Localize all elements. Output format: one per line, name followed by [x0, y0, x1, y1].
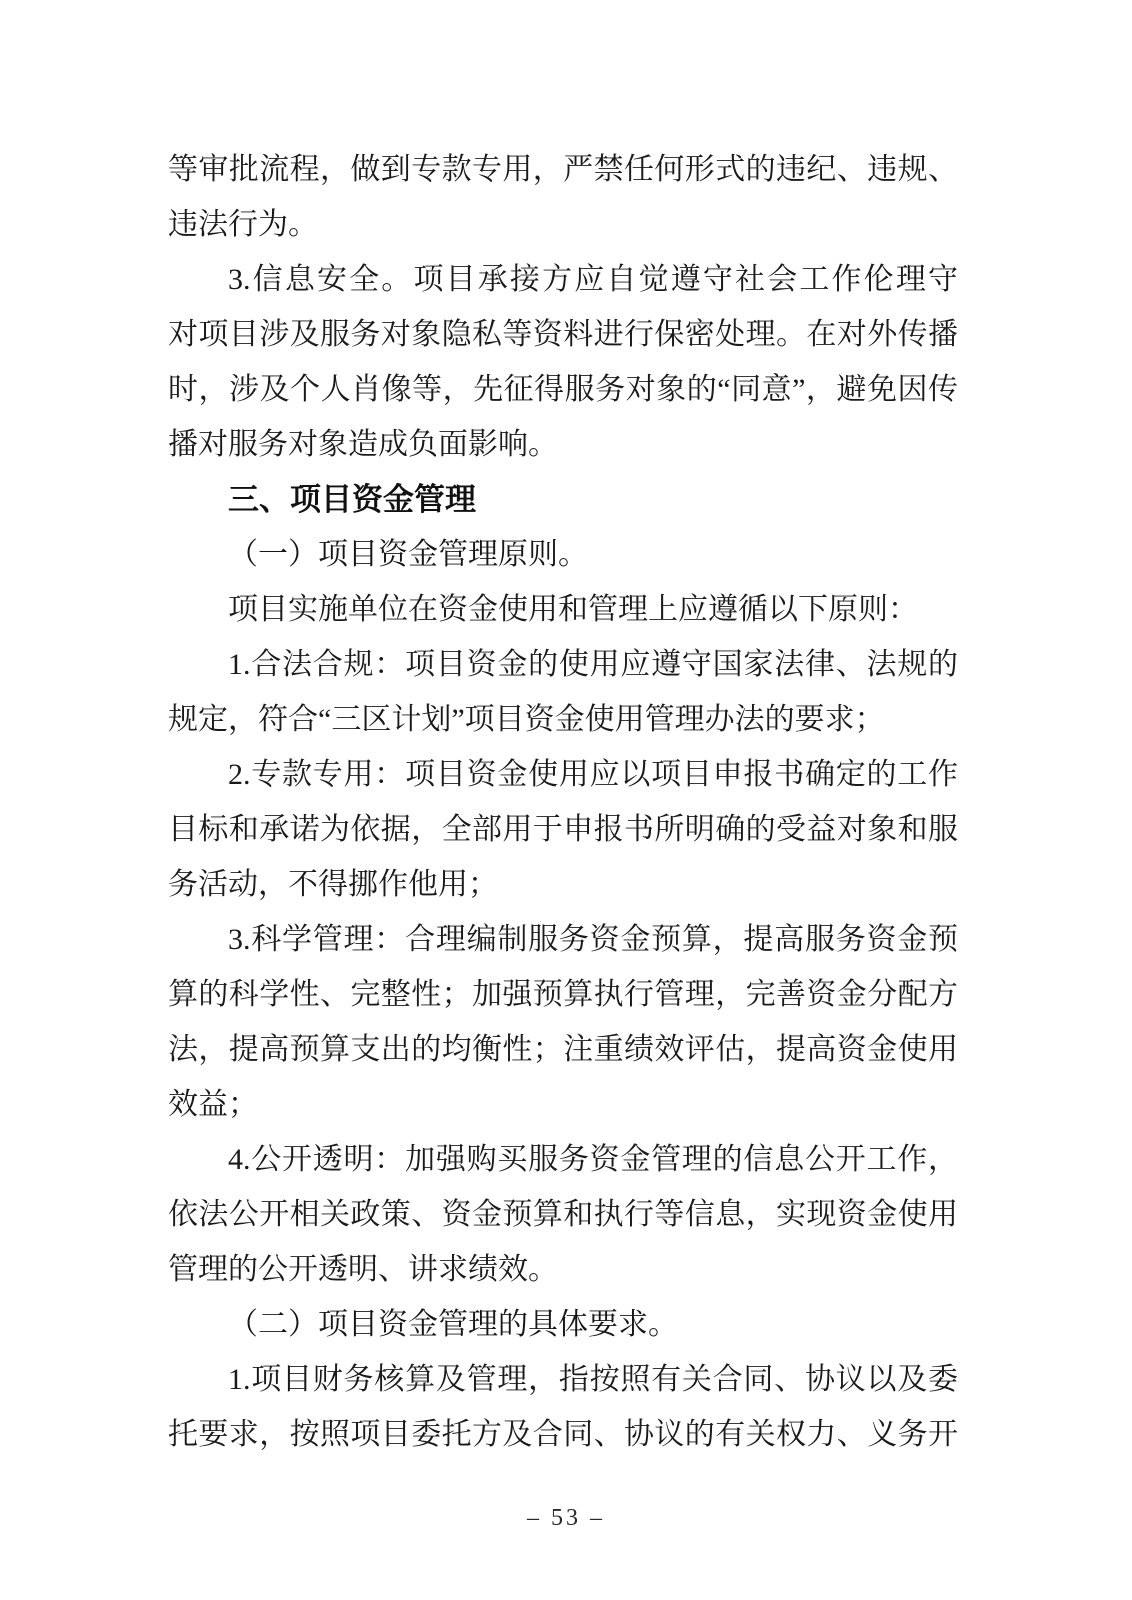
text-line: 法，提高预算支出的均衡性；注重绩效评估，提高资金使用 — [168, 1022, 958, 1077]
subsection-heading: （二）项目资金管理的具体要求。 — [168, 1297, 958, 1352]
text-line: 效益； — [168, 1077, 958, 1132]
document-page: 等审批流程，做到专款专用，严禁任何形式的违纪、违规、违法行为。3.信息安全。项目… — [0, 0, 1132, 1600]
document-body: 等审批流程，做到专款专用，严禁任何形式的违纪、违规、违法行为。3.信息安全。项目… — [168, 142, 958, 1462]
text-line: 3.科学管理：合理编制服务资金预算，提高服务资金预 — [168, 912, 958, 967]
text-line: 1.合法合规：项目资金的使用应遵守国家法律、法规的 — [168, 637, 958, 692]
text-line: 时，涉及个人肖像等，先征得服务对象的“同意”，避免因传 — [168, 362, 958, 417]
text-line: 项目实施单位在资金使用和管理上应遵循以下原则： — [168, 582, 958, 637]
text-line: 3.信息安全。项目承接方应自觉遵守社会工作伦理守则， — [168, 252, 958, 307]
text-line: 1.项目财务核算及管理，指按照有关合同、协议以及委 — [168, 1352, 958, 1407]
text-line: 违法行为。 — [168, 197, 958, 252]
text-line: 依法公开相关政策、资金预算和执行等信息，实现资金使用 — [168, 1187, 958, 1242]
text-line: 对项目涉及服务对象隐私等资料进行保密处理。在对外传播 — [168, 307, 958, 362]
text-line: 规定，符合“三区计划”项目资金使用管理办法的要求； — [168, 692, 958, 747]
text-line: 2.专款专用：项目资金使用应以项目申报书确定的工作 — [168, 747, 958, 802]
page-number: – 53 – — [0, 1505, 1132, 1532]
text-line: 播对服务对象造成负面影响。 — [168, 417, 958, 472]
text-line: 管理的公开透明、讲求绩效。 — [168, 1242, 958, 1297]
text-line: 目标和承诺为依据，全部用于申报书所明确的受益对象和服 — [168, 802, 958, 857]
text-line: 等审批流程，做到专款专用，严禁任何形式的违纪、违规、 — [168, 142, 958, 197]
subsection-heading: （一）项目资金管理原则。 — [168, 527, 958, 582]
section-heading: 三、项目资金管理 — [168, 472, 958, 527]
text-line: 4.公开透明：加强购买服务资金管理的信息公开工作， — [168, 1132, 958, 1187]
text-line: 托要求，按照项目委托方及合同、协议的有关权力、义务开 — [168, 1407, 958, 1462]
text-line: 务活动，不得挪作他用； — [168, 857, 958, 912]
text-line: 算的科学性、完整性；加强预算执行管理，完善资金分配方 — [168, 967, 958, 1022]
